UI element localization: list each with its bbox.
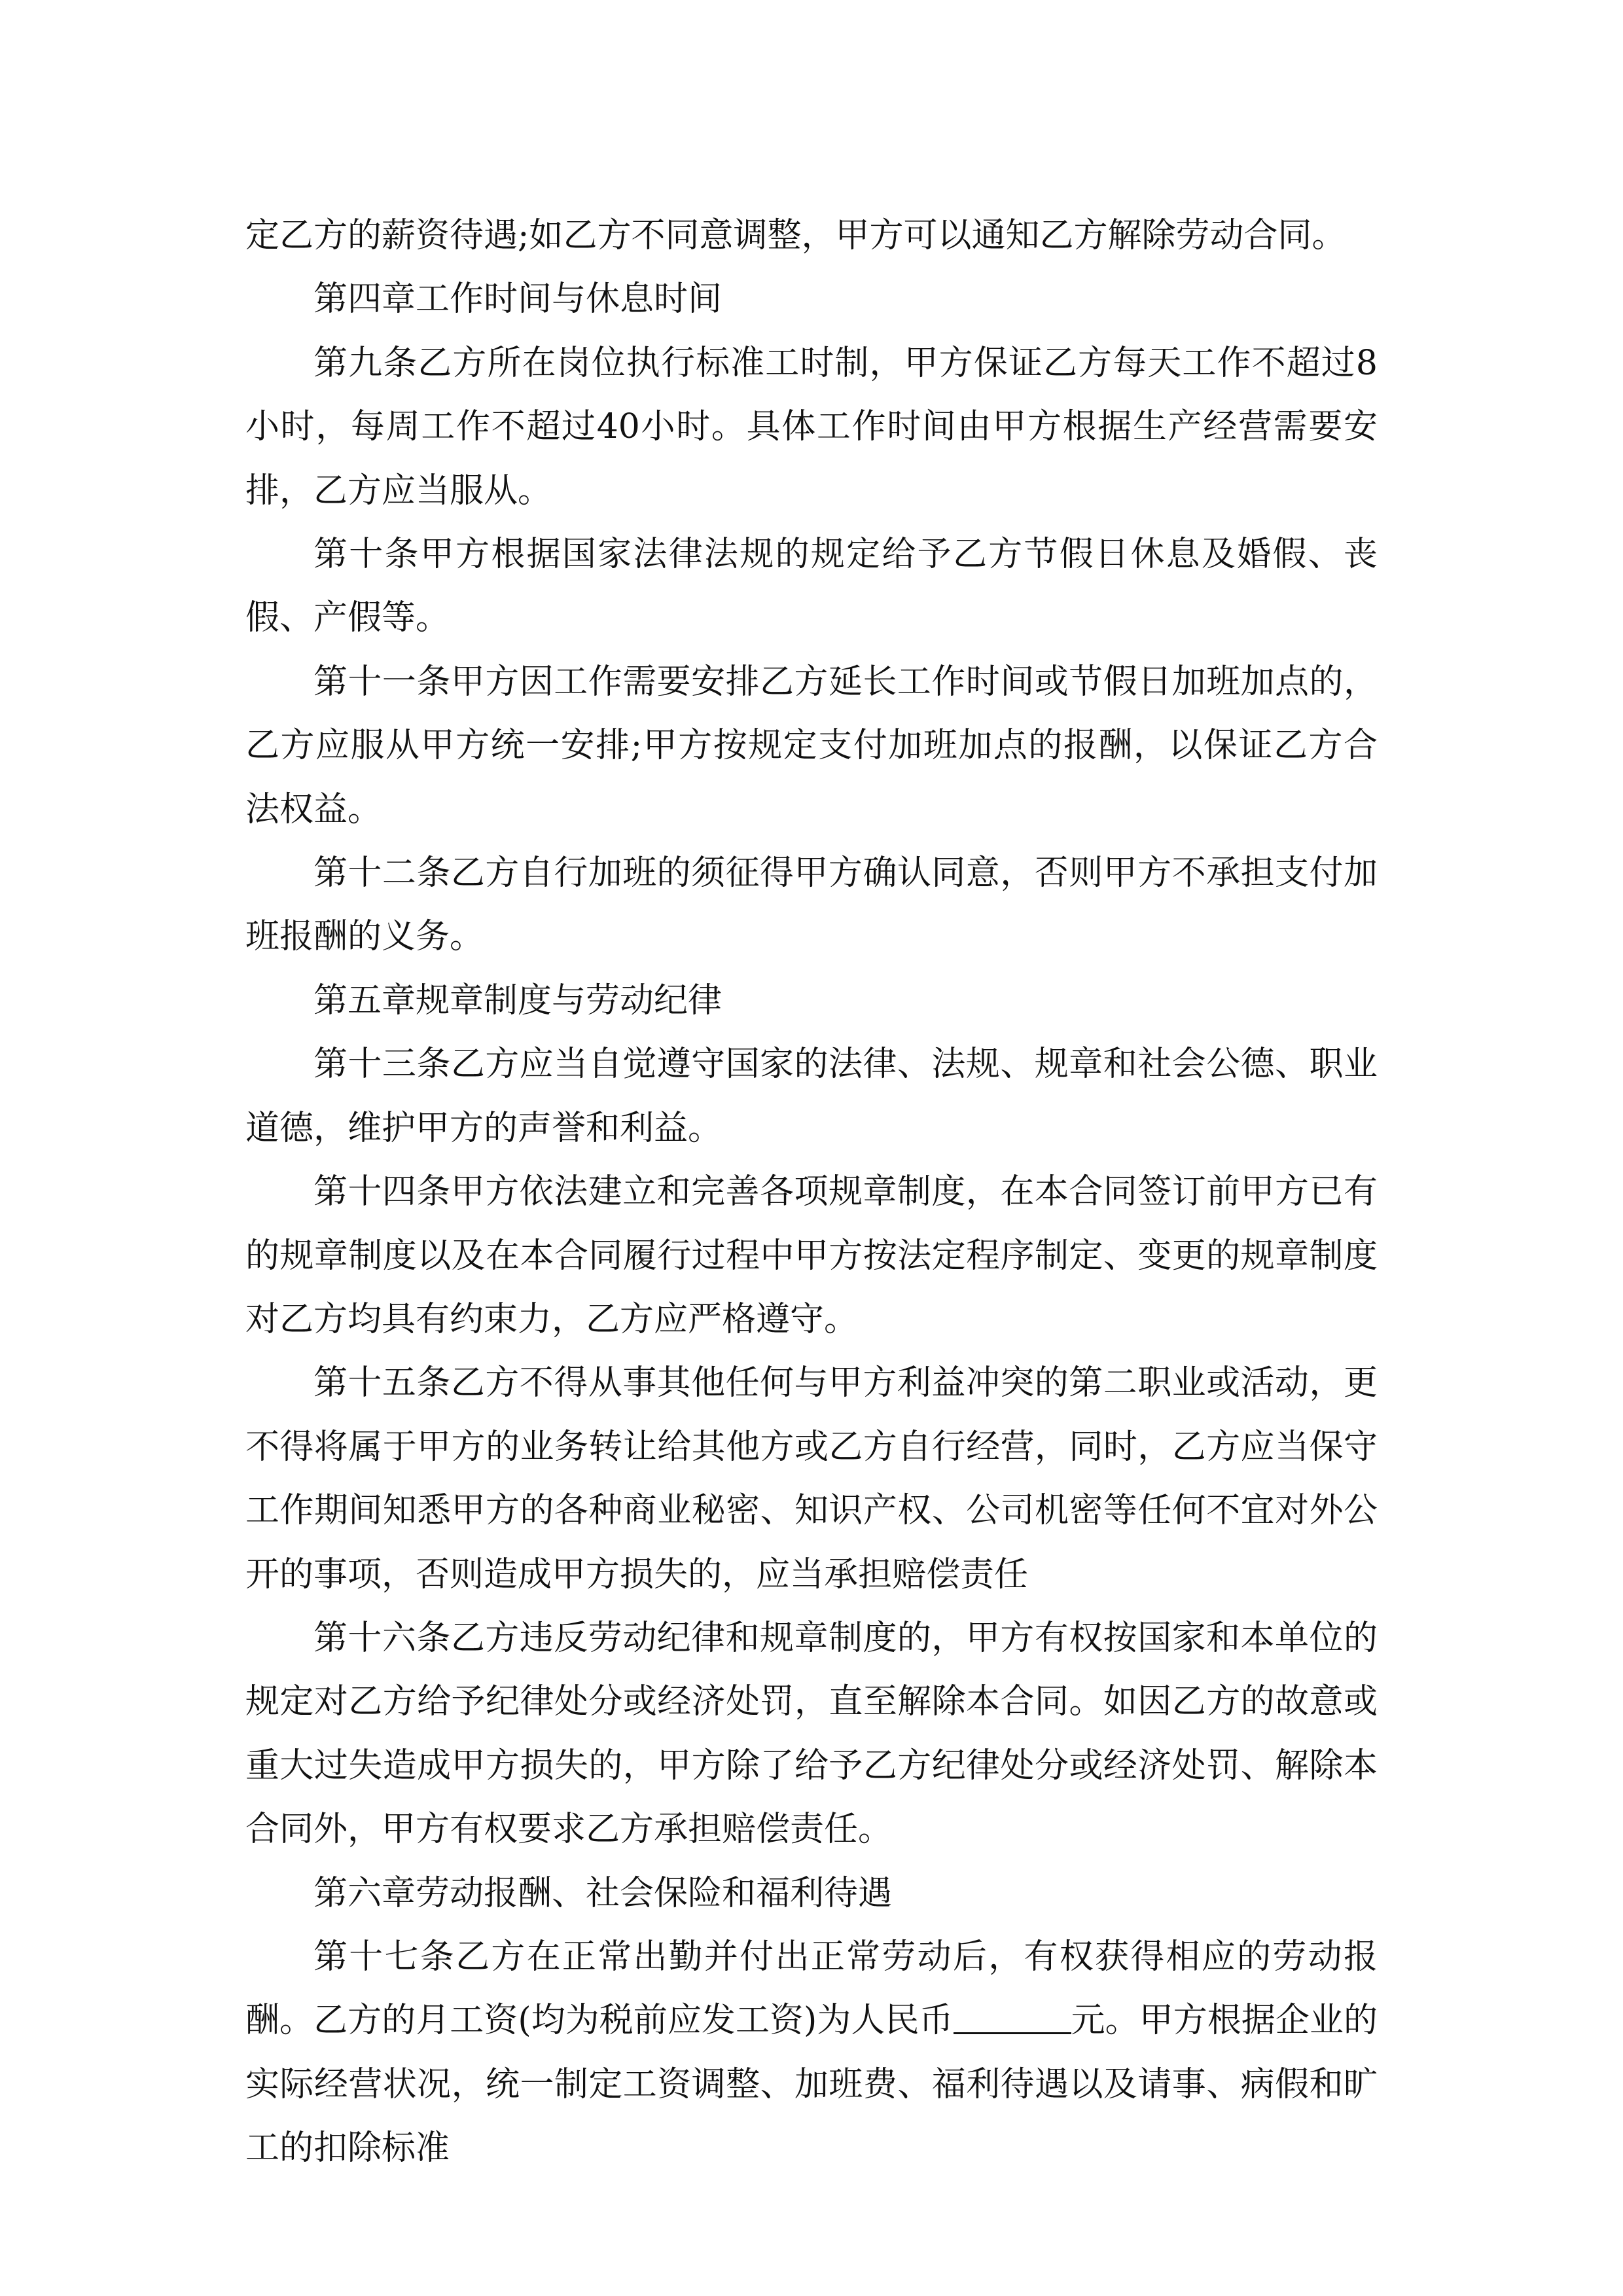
article-11: 第十一条甲方因工作需要安排乙方延长工作时间或节假日加班加点的，乙方应服从甲方统一… [245,651,1378,842]
salary-amount-blank [954,1998,1071,2034]
document-page: 定乙方的薪资待遇;如乙方不同意调整，甲方可以通知乙方解除劳动合同。 第四章工作时… [245,204,1378,2181]
paragraph-continuation: 定乙方的薪资待遇;如乙方不同意调整，甲方可以通知乙方解除劳动合同。 [245,204,1378,268]
chapter-heading-5: 第五章规章制度与劳动纪律 [245,969,1378,1033]
article-9: 第九条乙方所在岗位执行标准工时制，甲方保证乙方每天工作不超过8小时，每周工作不超… [245,332,1378,523]
article-10: 第十条甲方根据国家法律法规的规定给予乙方节假日休息及婚假、丧假、产假等。 [245,523,1378,651]
article-16: 第十六条乙方违反劳动纪律和规章制度的，甲方有权按国家和本单位的规定对乙方给予纪律… [245,1607,1378,1862]
article-15: 第十五条乙方不得从事其他任何与甲方利益冲突的第二职业或活动，更不得将属于甲方的业… [245,1352,1378,1607]
article-17: 第十七条乙方在正常出勤并付出正常劳动后，有权获得相应的劳动报酬。乙方的月工资(均… [245,1926,1378,2181]
chapter-heading-6: 第六章劳动报酬、社会保险和福利待遇 [245,1862,1378,1926]
article-12: 第十二条乙方自行加班的须征得甲方确认同意，否则甲方不承担支付加班报酬的义务。 [245,842,1378,969]
chapter-heading-4: 第四章工作时间与休息时间 [245,268,1378,331]
article-14: 第十四条甲方依法建立和完善各项规章制度，在本合同签订前甲方已有的规章制度以及在本… [245,1160,1378,1352]
article-13: 第十三条乙方应当自觉遵守国家的法律、法规、规章和社会公德、职业道德，维护甲方的声… [245,1033,1378,1160]
